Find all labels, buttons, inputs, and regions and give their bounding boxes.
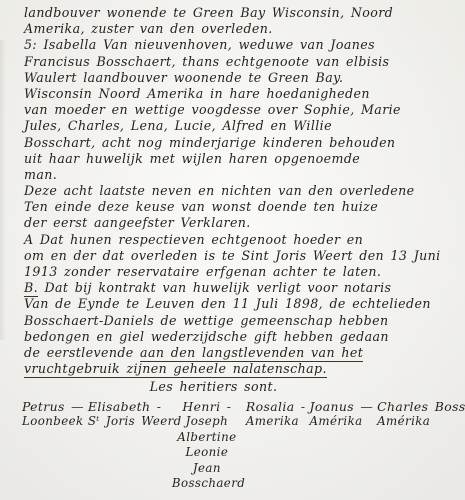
heir-detail: Loonbeek xyxy=(22,414,84,430)
manuscript-text: Dat bij kontrakt van huwelijk verligt vo… xyxy=(38,280,391,295)
heir-column: Elisabeth -Sᵗ Joris Weerd xyxy=(88,399,168,430)
manuscript-line: landbouver wonende te Green Bay Wisconsi… xyxy=(24,5,459,21)
heir-detail: Leonie xyxy=(172,445,242,461)
manuscript-line: Ten einde deze keuse van wonst doende te… xyxy=(24,199,459,215)
heirs-heading: Les heritiers sont. xyxy=(0,379,431,395)
manuscript-line: Jules, Charles, Lena, Lucie, Alfred en W… xyxy=(24,118,459,134)
manuscript-line: B. Dat bij kontrakt van huwelijk verligt… xyxy=(24,280,459,296)
heir-name: Rosalia - xyxy=(246,399,306,415)
manuscript-line: Bosschart, acht nog minderjarige kindere… xyxy=(24,135,459,151)
heir-name: Petrus — xyxy=(22,399,84,415)
manuscript-line: A Dat hunen respectieven echtgenoot hoed… xyxy=(24,232,459,248)
manuscript-line: uit haar huwelijk met wijlen haren opgen… xyxy=(24,151,459,167)
heir-column: Joanus —Amérika xyxy=(309,399,373,430)
manuscript-line: van moeder en wettige voogdesse over Sop… xyxy=(24,102,459,118)
manuscript-text: van moeder en wettige voogdesse over Sop… xyxy=(24,102,401,117)
manuscript-text: Bosschaert-Daniels de wettige gemeenscha… xyxy=(24,313,388,328)
heir-detail: Albertine xyxy=(172,430,242,446)
manuscript-text: de eerstlevende xyxy=(24,345,140,360)
heir-name: Joanus — xyxy=(309,399,373,415)
heir-detail: Amérika xyxy=(377,414,465,430)
manuscript-line: der eerst aangeefster Verklaren. xyxy=(24,215,459,231)
manuscript-page: landbouver wonende te Green Bay Wisconsi… xyxy=(0,0,465,500)
manuscript-text: landbouver wonende te Green Bay Wisconsi… xyxy=(24,5,393,20)
manuscript-line: 5: Isabella Van nieuvenhoven, weduwe van… xyxy=(24,37,459,53)
heir-detail: Joseph xyxy=(172,414,242,430)
manuscript-line: vruchtgebruik zijnen geheele nalatenscha… xyxy=(24,361,459,377)
manuscript-text: man. xyxy=(24,167,57,182)
heir-name: Charles Bossche xyxy=(377,399,465,415)
manuscript-line: Van de Eynde te Leuven den 11 Juli 1898,… xyxy=(24,296,459,312)
heir-column: Petrus —Loonbeek xyxy=(22,399,84,430)
heirs-table: Petrus —LoonbeekElisabeth -Sᵗ Joris Weer… xyxy=(22,399,459,492)
manuscript-line: Bosschaert-Daniels de wettige gemeenscha… xyxy=(24,313,459,329)
heir-name: Elisabeth - xyxy=(88,399,168,415)
manuscript-text: Francisus Bosschaert, thans echtgenoote … xyxy=(24,54,389,69)
heir-detail: Sᵗ Joris Weerd xyxy=(88,414,168,430)
manuscript-text: om en der dat overleden is te Sint Joris… xyxy=(24,248,441,263)
heir-name: Henri - xyxy=(172,399,242,415)
manuscript-text: aan den langstlevenden van het xyxy=(140,345,363,362)
manuscript-text: bedongen en giel wederzijdsche gift hebb… xyxy=(24,329,389,344)
manuscript-text: B. xyxy=(24,280,38,297)
manuscript-text: vruchtgebruik zijnen geheele nalatenscha… xyxy=(24,361,327,378)
manuscript-line: de eerstlevende aan den langstlevenden v… xyxy=(24,345,459,361)
manuscript-text: 5: Isabella Van nieuvenhoven, weduwe van… xyxy=(24,37,375,52)
manuscript-text: uit haar huwelijk met wijlen haren opgen… xyxy=(24,151,360,166)
heir-detail: Amérika xyxy=(309,414,373,430)
manuscript-body: landbouver wonende te Green Bay Wisconsi… xyxy=(24,5,459,492)
manuscript-text: Deze acht laatste neven en nichten van d… xyxy=(24,183,415,198)
manuscript-text: Jules, Charles, Lena, Lucie, Alfred en W… xyxy=(24,118,332,133)
manuscript-line: man. xyxy=(24,167,459,183)
manuscript-line: Wisconsin Noord Amerika in hare hoedanig… xyxy=(24,86,459,102)
heir-column: Charles BosscheAmérika xyxy=(377,399,465,430)
heir-detail: Jean xyxy=(172,461,242,477)
manuscript-text: Amerika, zuster van den overleden. xyxy=(24,21,273,36)
manuscript-text: A Dat hunen respectieven echtgenoot hoed… xyxy=(24,232,363,247)
manuscript-text: Ten einde deze keuse van wonst doende te… xyxy=(24,199,378,214)
manuscript-line: 1913 zonder reservataire erfgenan achter… xyxy=(24,264,459,280)
manuscript-text: Wisconsin Noord Amerika in hare hoedanig… xyxy=(24,86,370,101)
manuscript-lines: landbouver wonende te Green Bay Wisconsi… xyxy=(24,5,459,377)
manuscript-line: Francisus Bosschaert, thans echtgenoote … xyxy=(24,54,459,70)
manuscript-text: Bosschart, acht nog minderjarige kindere… xyxy=(24,135,395,150)
heir-detail: Amerika xyxy=(246,414,306,430)
manuscript-text: der eerst aangeefster Verklaren. xyxy=(24,215,251,230)
manuscript-line: bedongen en giel wederzijdsche gift hebb… xyxy=(24,329,459,345)
manuscript-text: Waulert laandbouver woonende te Green Ba… xyxy=(24,70,343,85)
heir-detail: Bosschaerd xyxy=(172,476,242,492)
manuscript-text: Van de Eynde te Leuven den 11 Juli 1898,… xyxy=(24,296,431,311)
heir-column: Rosalia -Amerika xyxy=(246,399,306,430)
manuscript-text: 1913 zonder reservataire erfgenan achter… xyxy=(24,264,381,279)
heir-column: Henri -JosephAlbertineLeonieJeanBosschae… xyxy=(172,399,242,492)
manuscript-line: Deze acht laatste neven en nichten van d… xyxy=(24,183,459,199)
manuscript-line: om en der dat overleden is te Sint Joris… xyxy=(24,248,459,264)
manuscript-line: Amerika, zuster van den overleden. xyxy=(24,21,459,37)
manuscript-line: Waulert laandbouver woonende te Green Ba… xyxy=(24,70,459,86)
